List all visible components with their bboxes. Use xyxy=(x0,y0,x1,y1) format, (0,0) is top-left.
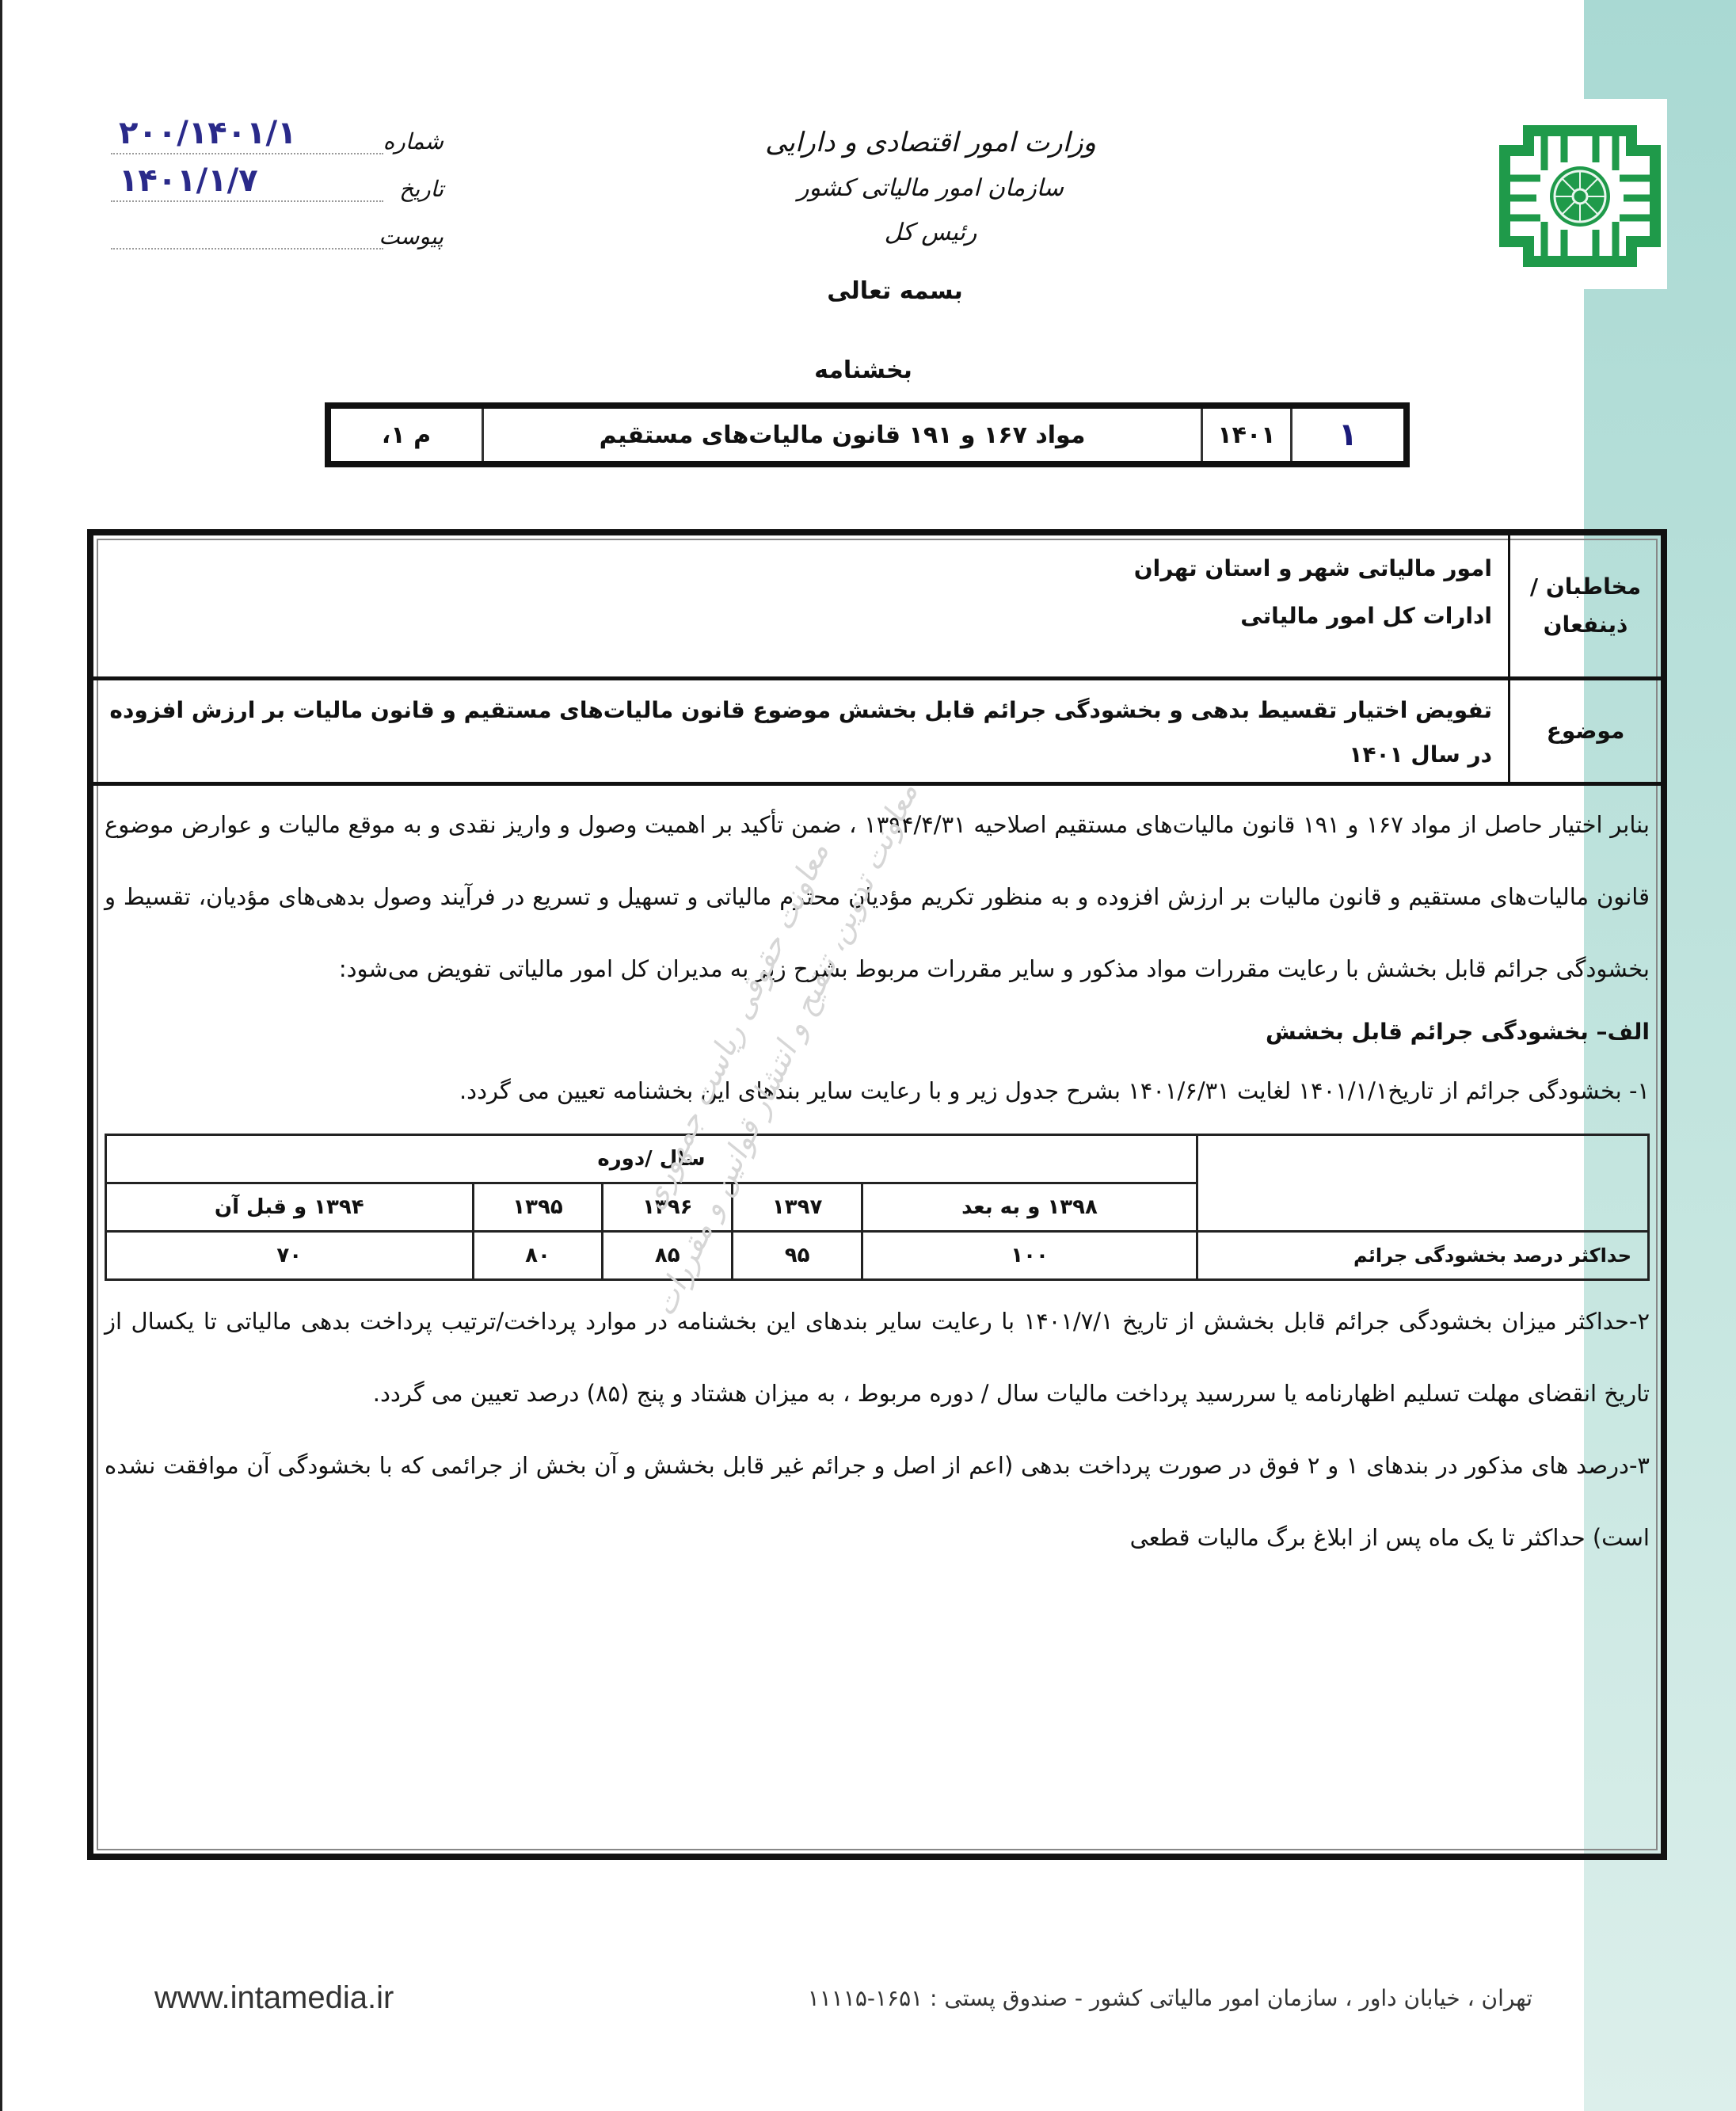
tax-organization-logo-icon xyxy=(1485,115,1675,277)
invocation: بسمه تعالی xyxy=(760,277,1030,305)
subject-value: تفویض اختیار تقسیط بدهی و بخشودگی جرائم … xyxy=(93,680,1508,782)
table-corner-cell xyxy=(1197,1135,1649,1232)
date-label: تاریخ xyxy=(388,176,444,202)
table-row: حداکثر درصد بخشودگی جرائم ۱۰۰ ۹۵ ۸۵ ۸۰ ۷… xyxy=(106,1232,1649,1280)
table-cell: ۹۵ xyxy=(733,1232,862,1280)
item-2: ۲-حداکثر میزان بخشودگی جرائم قابل بخشش ا… xyxy=(105,1286,1650,1430)
attachment-label: پیوست xyxy=(388,223,444,250)
table-cell: ۸۵ xyxy=(603,1232,733,1280)
year-period-header: سال /دوره xyxy=(106,1135,1197,1183)
item-1: ۱- بخشودگی جرائم از تاریخ۱۴۰۱/۱/۱ لغایت … xyxy=(105,1056,1650,1126)
col-header: ۱۳۹۶ xyxy=(603,1183,733,1232)
audience-label: مخاطبان / ذینفعان xyxy=(1508,535,1661,676)
section-heading: الف– بخشودگی جرائم قابل بخشش xyxy=(105,1008,1650,1056)
scan-edge xyxy=(0,0,2,2111)
col-header: ۱۳۹۷ xyxy=(733,1183,862,1232)
circular-body: بنابر اختیار حاصل از مواد ۱۶۷ و ۱۹۱ قانو… xyxy=(93,789,1661,1574)
audience-label-line-1: مخاطبان / xyxy=(1530,568,1641,606)
audience-value: امور مالیاتی شهر و استان تهران ادارات کل… xyxy=(93,535,1508,676)
number-value: ۲۰۰/۱۴۰۱/۱ xyxy=(111,115,383,154)
position-title: رئیس کل xyxy=(752,211,1109,255)
page-indicator: م ۱، xyxy=(331,409,482,461)
ministry-name: وزارت امور اقتصادی و دارایی xyxy=(752,119,1109,166)
table-cell: ۱۰۰ xyxy=(862,1232,1197,1280)
audience-line-2: ادارات کل امور مالیاتی xyxy=(109,593,1492,640)
organization-name: سازمان امور مالیاتی کشور xyxy=(752,166,1109,211)
circular-number: ۱ xyxy=(1290,409,1403,461)
table-cell: ۷۰ xyxy=(106,1232,474,1280)
number-row: شماره ۲۰۰/۱۴۰۱/۱ xyxy=(111,107,444,154)
circular-year: ۱۴۰۱ xyxy=(1201,409,1290,461)
subject-row: موضوع تفویض اختیار تقسیط بدهی و بخشودگی … xyxy=(93,680,1661,786)
table-cell: ۸۰ xyxy=(473,1232,603,1280)
col-header: ۱۳۹۴ و قبل آن xyxy=(106,1183,474,1232)
col-header: ۱۳۹۵ xyxy=(473,1183,603,1232)
date-row: تاریخ ۱۴۰۱/۱/۷ xyxy=(111,154,444,202)
number-label: شماره xyxy=(388,128,444,154)
circular-code-box: ۱ ۱۴۰۱ مواد ۱۶۷ و ۱۹۱ قانون مالیات‌های م… xyxy=(325,402,1410,467)
attachment-value xyxy=(111,210,383,250)
website-link[interactable]: www.intamedia.ir xyxy=(154,1980,394,2016)
circular-subject-code: مواد ۱۶۷ و ۱۹۱ قانون مالیات‌های مستقیم xyxy=(482,409,1201,461)
row-label: حداکثر درصد بخشودگی جرائم xyxy=(1197,1232,1649,1280)
subject-label: موضوع xyxy=(1508,680,1661,782)
item-3: ۳-درصد های مذکور در بندهای ۱ و ۲ فوق در … xyxy=(105,1430,1650,1574)
intro-paragraph: بنابر اختیار حاصل از مواد ۱۶۷ و ۱۹۱ قانو… xyxy=(105,789,1650,1005)
date-value: ۱۴۰۱/۱/۷ xyxy=(111,162,383,202)
table-header-row: سال /دوره xyxy=(106,1135,1649,1183)
footer: www.intamedia.ir تهران ، خیابان داور ، س… xyxy=(0,1980,1736,2028)
col-header: ۱۳۹۸ و به بعد xyxy=(862,1183,1197,1232)
circular-body-frame: مخاطبان / ذینفعان امور مالیاتی شهر و است… xyxy=(87,529,1667,1860)
letterhead-title: وزارت امور اقتصادی و دارایی سازمان امور … xyxy=(752,119,1109,255)
postal-address: تهران ، خیابان داور ، سازمان امور مالیات… xyxy=(582,1985,1532,2011)
audience-line-1: امور مالیاتی شهر و استان تهران xyxy=(109,545,1492,593)
attachment-row: پیوست xyxy=(111,202,444,250)
penalty-forgiveness-table: سال /دوره ۱۳۹۸ و به بعد ۱۳۹۷ ۱۳۹۶ ۱۳۹۵ ۱… xyxy=(105,1134,1650,1281)
audience-label-line-2: ذینفعان xyxy=(1544,606,1628,644)
letter-metadata: شماره ۲۰۰/۱۴۰۱/۱ تاریخ ۱۴۰۱/۱/۷ پیوست xyxy=(111,107,444,250)
audience-row: مخاطبان / ذینفعان امور مالیاتی شهر و است… xyxy=(93,535,1661,680)
document-type: بخشنامه xyxy=(760,356,966,384)
